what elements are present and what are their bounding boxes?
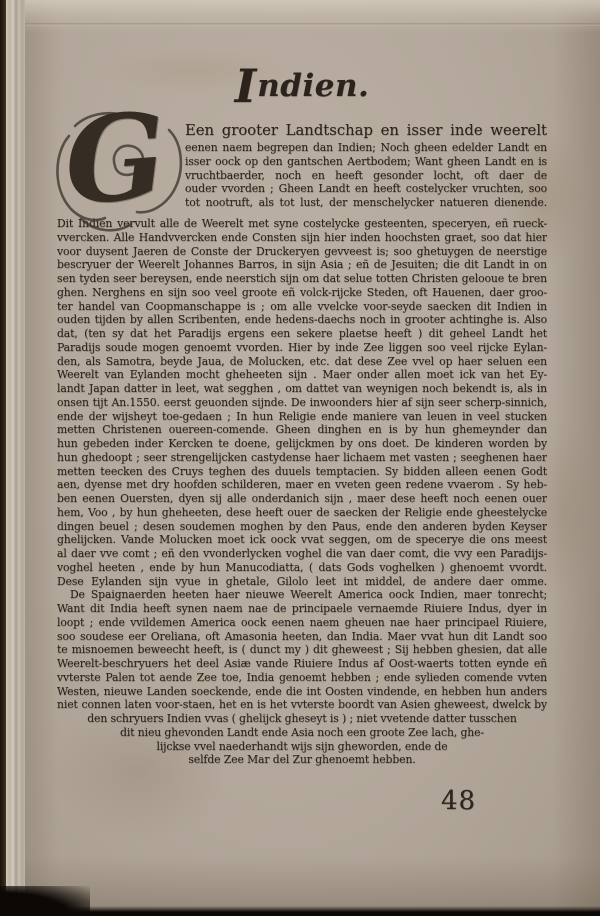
- text-line: Weerelt van Eylanden mocht gheheeten sij…: [57, 368, 547, 382]
- text-line: den, als Samotra, beyde Jaua, de Molucke…: [57, 355, 547, 369]
- text-line: eenen naem begrepen dan Indien; Noch ghe…: [185, 141, 547, 155]
- opening-first-line: Een grooter Landtschap en isser inde wee…: [185, 120, 547, 141]
- text-line: hem, Voo , by hun gheheeten, dese heeft …: [57, 506, 547, 520]
- opening-paragraph: G Een grooter Landtschap en isser inde w…: [57, 120, 547, 210]
- text-line: Paradijs soude mogen genoemt vvorden. Hi…: [57, 341, 547, 355]
- text-line: onsen tijt An.1550. eerst geuonden sijnd…: [57, 396, 547, 410]
- text-line: te misnoemen beweecht heeft, is ( dunct …: [57, 643, 547, 657]
- text-line: metten Christenen ouereen-comende. Gheen…: [57, 423, 547, 437]
- heading-rest: ndien.: [257, 68, 369, 104]
- text-line: metten teecken des Cruys teghen des duue…: [57, 465, 547, 479]
- text-line: isser oock op den gantschen Aertbodem; W…: [185, 155, 547, 169]
- text-line: ouder vvorden ; Gheen Landt en heeft cos…: [185, 182, 547, 196]
- text-line: hun gebeden inder Kercken te doene, geli…: [57, 437, 547, 451]
- text-line: dat, (ten sy dat het Paradijs ergens een…: [57, 327, 547, 341]
- opening-lines: eenen naem begrepen dan Indien; Noch ghe…: [185, 141, 547, 210]
- opening-text-column: Een grooter Landtschap en isser inde wee…: [185, 120, 547, 210]
- page-number: 48: [441, 786, 476, 816]
- text-line: aen, dyense met dry hoofden schilderen, …: [57, 478, 547, 492]
- text-line: voor duysent Jaeren de Conste der Drucke…: [57, 245, 547, 259]
- page-corner-shadow: [0, 886, 90, 916]
- text-line: hun ghedoopt ; seer strengelijcken casty…: [57, 451, 547, 465]
- text-line: Want dit India heeft synen naem nae de p…: [57, 602, 547, 616]
- drop-cap-cell: G: [57, 120, 185, 210]
- body-paragraph: Dit Indien vervult alle de Weerelt met s…: [57, 217, 547, 588]
- text-line: bescryuer der Weerelt Johannes Barros, i…: [57, 258, 547, 272]
- text-line: vruchtbaerder, noch en heeft gesonder lo…: [185, 169, 547, 183]
- second-paragraph: De Spaignaerden heeten haer nieuwe Weere…: [57, 588, 547, 712]
- closing-tapered-lines: den schryuers Indien vvas ( ghelijck ghe…: [57, 712, 547, 767]
- text-line: ter handel van Coopmanschappe is ; om al…: [57, 300, 547, 314]
- text-line: soo soudese eer Oreliana, oft Amasonia h…: [57, 630, 547, 644]
- text-line: Weerelt-beschryuers het deel Asiæ vande …: [57, 657, 547, 671]
- text-line: Dese Eylanden sijn vyue in ghetale, Gilo…: [57, 575, 547, 589]
- text-line: ghelijcken. Vande Molucken moet ick oock…: [57, 533, 547, 547]
- text-line: niet connen laten voor-staen, het en is …: [57, 698, 547, 712]
- text-line: ghen. Nerghens en sijn soo veel groote e…: [57, 286, 547, 300]
- text-line: ben eenen Ouersten, dyen sij alle onderd…: [57, 492, 547, 506]
- text-line: lijckse vvel naederhandt wijs sijn ghewo…: [57, 740, 547, 754]
- stacked-page-edges: [6, 0, 25, 916]
- heading-initial: I: [235, 59, 258, 113]
- text-line: tot nootruft, als tot lust, der menschel…: [185, 196, 547, 210]
- printed-text-block: Indien. G Een grooter Landtschap en isse…: [57, 58, 547, 767]
- text-line: al daer vve comt ; eñ den vvonderlycken …: [57, 547, 547, 561]
- text-line: sen tyden seer bereysen, ende neerstich …: [57, 272, 547, 286]
- page-bottom-edge: [0, 906, 600, 916]
- text-line: Westen, nieuwe Landen soeckende, ende di…: [57, 685, 547, 699]
- text-line: landt Japan datter in leet, wat segghen …: [57, 382, 547, 396]
- text-line: De Spaignaerden heeten haer nieuwe Weere…: [57, 588, 547, 602]
- text-line: ouden tijden by allen Scribenten, ende h…: [57, 313, 547, 327]
- text-line: loopt ; ende vvildemen America oock eene…: [57, 616, 547, 630]
- text-line: selfde Zee Mar del Zur ghenoemt hebben.: [57, 753, 547, 767]
- text-line: vvterste Palen tot aende Zee toe, India …: [57, 671, 547, 685]
- text-line: dit nieu ghevonden Landt ende Asia noch …: [57, 726, 547, 740]
- drop-cap: G: [61, 101, 169, 218]
- text-line: dingen beuel ; desen soudemen moghen by …: [57, 520, 547, 534]
- text-line: ende der wijsheyt toe-gedaen ; In hun Re…: [57, 410, 547, 424]
- text-line: voghel heeten , ende by hun Manucodiatta…: [57, 561, 547, 575]
- text-line: den schryuers Indien vvas ( ghelijck ghe…: [57, 712, 547, 726]
- paper-crease: [25, 23, 600, 26]
